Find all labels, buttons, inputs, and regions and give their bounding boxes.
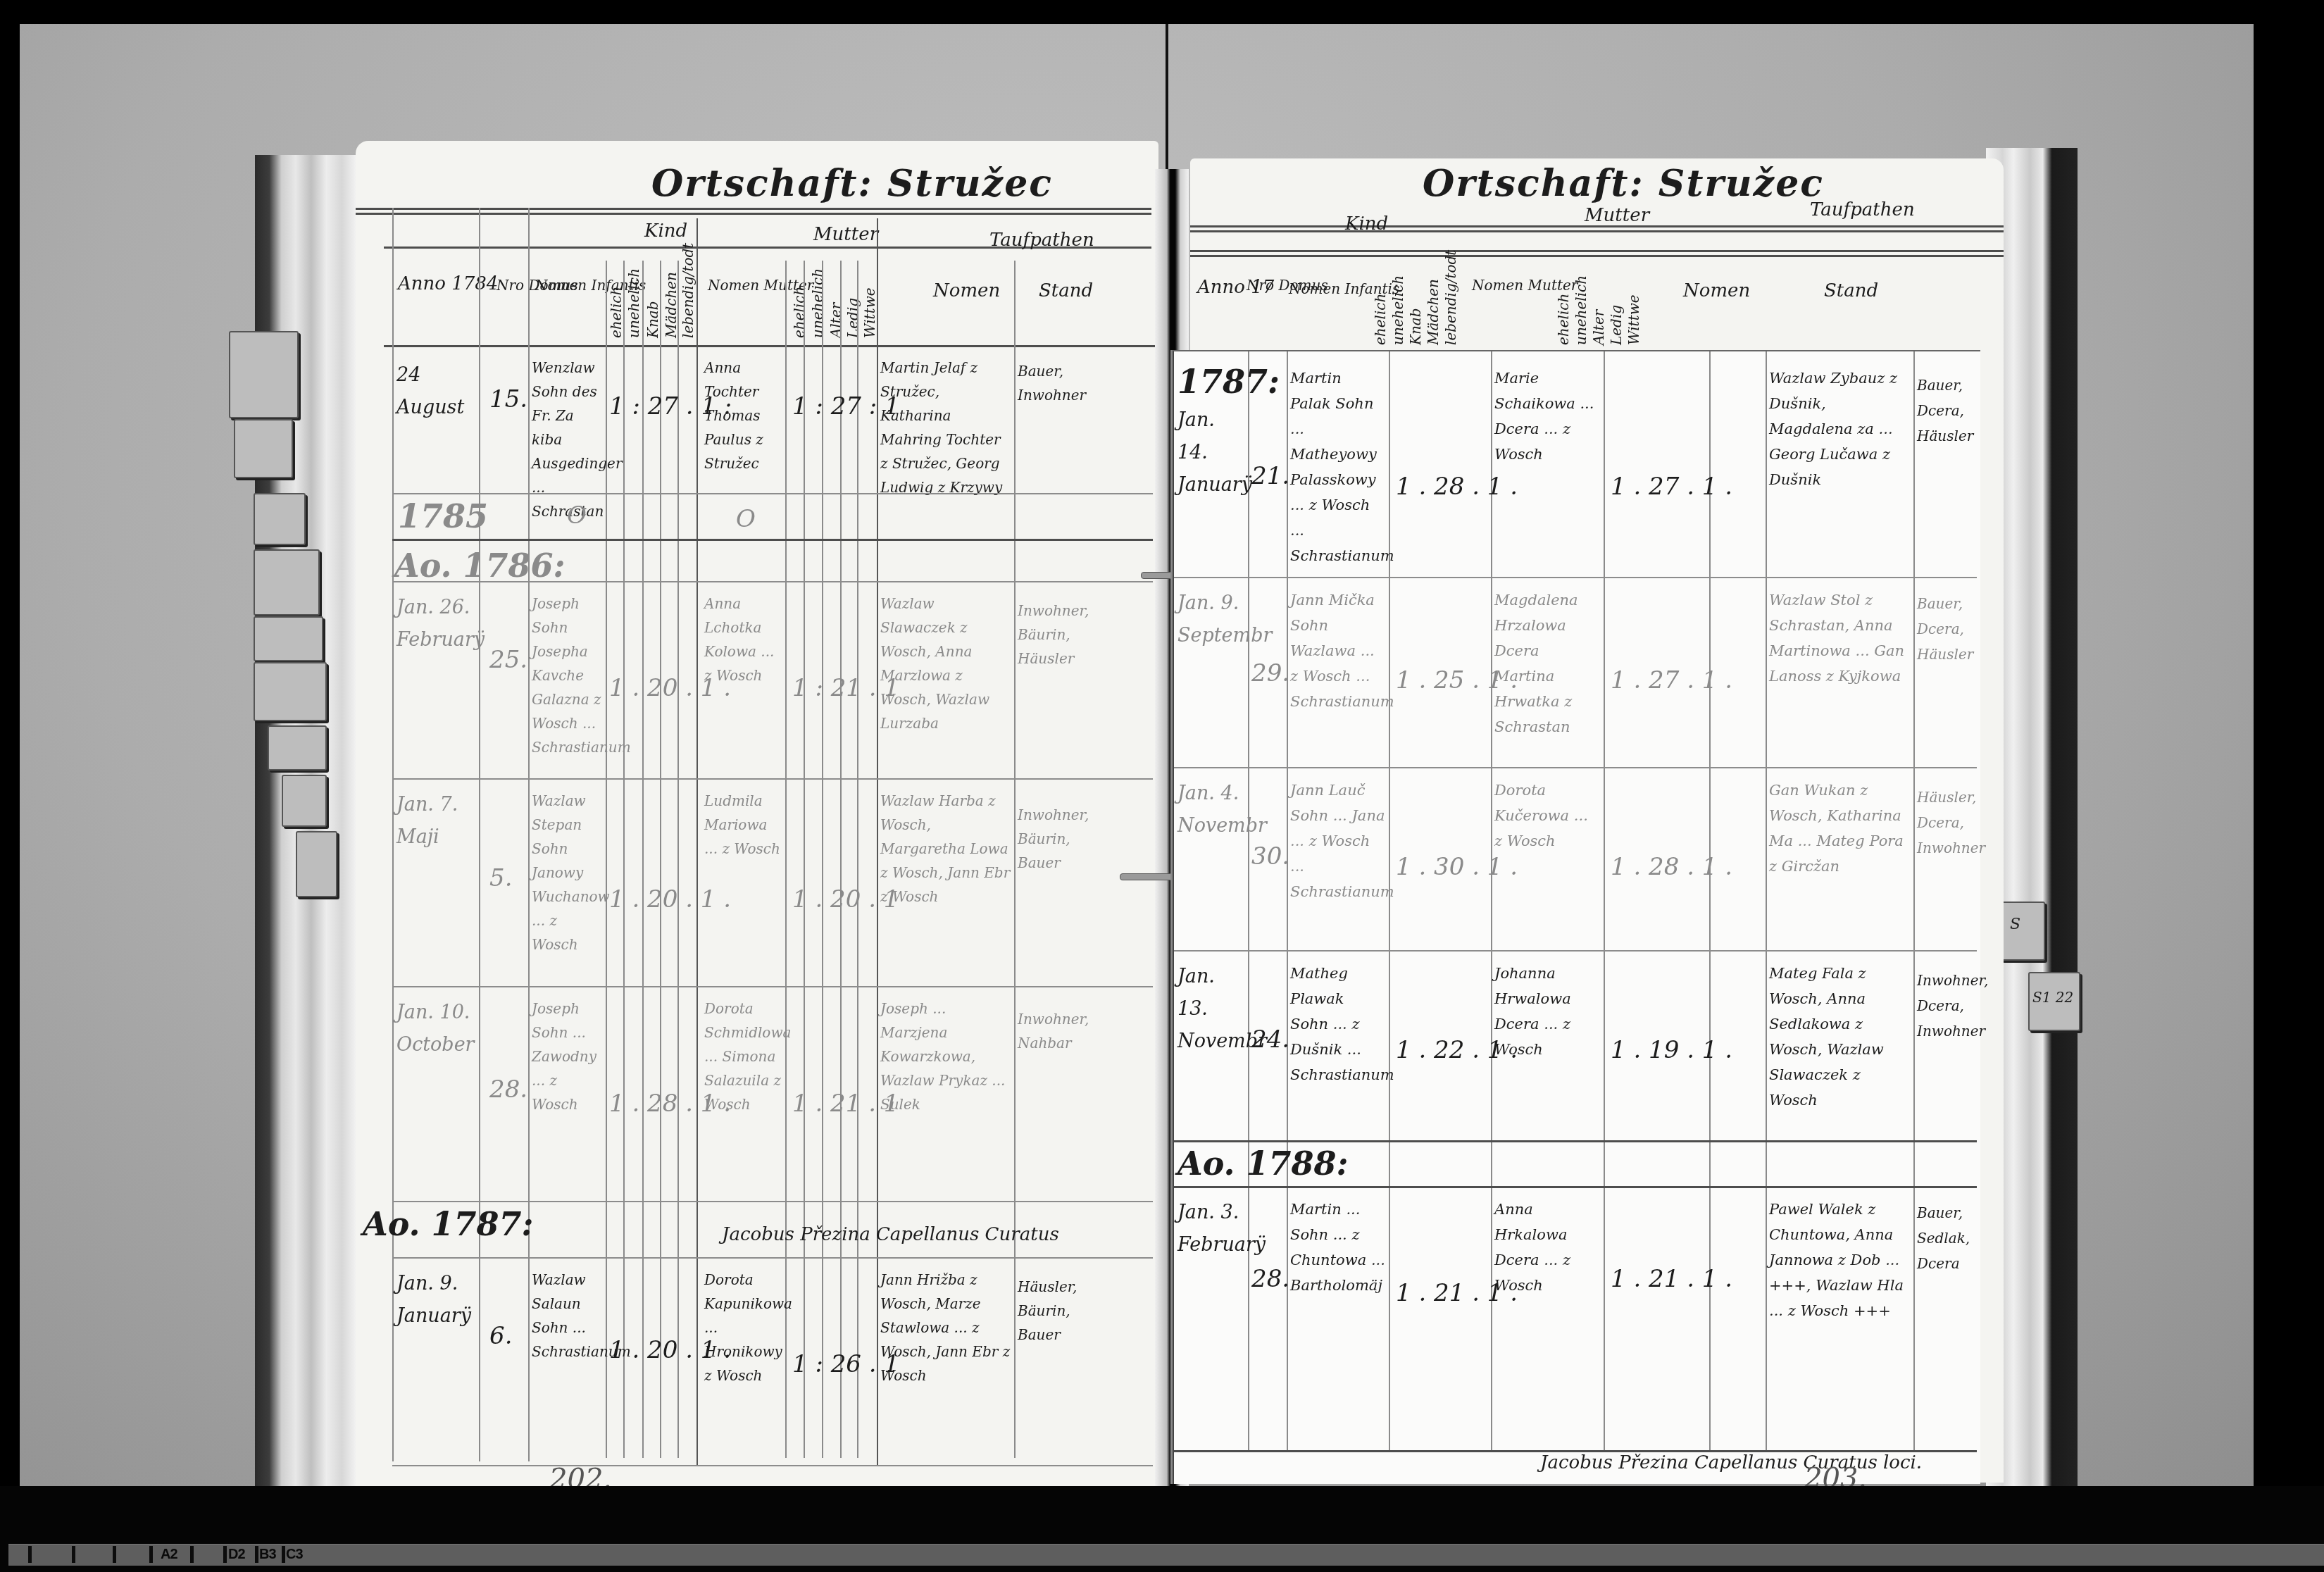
entry-mother: Dorota Schmidlowa ... Simona Salazuila z…	[704, 997, 782, 1116]
group-header-child: Kind	[1345, 215, 1388, 233]
rule	[356, 208, 1151, 210]
col-header-madchen: Mädchen	[1426, 261, 1440, 345]
entry-infant: Jann Lauč Sohn ... Jana ... z Wosch ... …	[1290, 778, 1385, 904]
col-header-knab: Knab	[646, 254, 660, 338]
entry-infant: Matheg Plawak Sohn ... z Dušnik ... Schr…	[1290, 961, 1385, 1087]
col-header-lebend: lebendig/todt	[681, 254, 695, 338]
ditto-mark: O	[736, 507, 756, 531]
entry-date: Jan. 9. Januarÿ	[396, 1268, 477, 1333]
entry-infant: Wenzlaw Sohn des Fr. Za kiba Ausgedinger…	[532, 356, 602, 523]
entry-status: Bauer, Dcera, Häusler	[1917, 591, 1977, 667]
col-header-unehelich: unehelich	[627, 254, 641, 338]
col-header-wittwe: Wittwe	[863, 254, 877, 338]
group-header-godparents: Taufpathen	[1810, 201, 1915, 219]
entry-counts: 1 . 28 . 1 .	[1396, 475, 1518, 499]
entry-mother-counts: 1 . 27 . 1 .	[1611, 668, 1732, 692]
rule	[356, 213, 1151, 215]
col-header-ehelich: ehelich	[1373, 261, 1387, 345]
entry-nro-domus: 29.	[1251, 661, 1289, 685]
year-heading: 1787:	[1177, 366, 1280, 398]
col-header-m-ehelich: ehelich	[1556, 261, 1570, 345]
entry-mother: Johanna Hrwalowa Dcera ... z Wosch	[1494, 961, 1600, 1062]
paper-tab: S1 22	[2028, 972, 2080, 1031]
entry-status: Inwohner, Bäurin, Häusler	[1018, 599, 1070, 670]
entry-counts: 1 . 20 . 1 .	[609, 887, 731, 911]
entry-nro-domus: 24.	[1251, 1028, 1289, 1052]
entry-mother: Ludmila Mariowa ... z Wosch	[704, 789, 782, 861]
entry-nro-domus: 21.	[1251, 464, 1289, 488]
entry-nro-domus: 25.	[489, 648, 527, 672]
entry-date: Jan. 10. October	[396, 997, 477, 1061]
entry-godparents: Joseph ... Marzjena Kowarzkowa, Wazlaw P…	[880, 997, 1011, 1116]
paper-tab	[268, 725, 327, 771]
col-header-knab: Knab	[1408, 261, 1423, 345]
film-label: A2	[161, 1547, 177, 1563]
page-title: Ortschaft: Stružec	[1423, 166, 1824, 202]
col-header-wittwe: Wittwe	[1627, 261, 1641, 345]
col-header-lebend: lebendig/todt	[1444, 261, 1458, 345]
entry-counts: 1 . 30 . 1 .	[1396, 855, 1518, 879]
entry-nro-domus: 6.	[489, 1324, 512, 1348]
entry-godparents: Martin Jelaf z Stružec, Katharina Mahrin…	[880, 356, 1011, 499]
entry-status: Häusler, Bäurin, Bauer	[1018, 1275, 1070, 1347]
entry-date: Jan. 9. Septembr	[1177, 587, 1248, 652]
entry-godparents: Jann Hrižba z Wosch, Marze Stawlowa ... …	[880, 1268, 1011, 1387]
entry-nro-domus: 15.	[489, 387, 527, 411]
entry-mother: Dorota Kapunikowa ... Hronikowy z Wosch	[704, 1268, 782, 1387]
inserted-register-sheet: 1787: Jan. 14. Januarÿ 21. Martin Palak …	[1173, 350, 1980, 1484]
film-label: B3	[259, 1547, 276, 1563]
entry-infant: Martin Palak Sohn ... Matheyowy Palassko…	[1290, 366, 1385, 568]
col-header-nomen: Nomen	[1683, 282, 1750, 300]
entry-nro-domus: 28.	[1251, 1267, 1289, 1291]
col-header-ledig: Ledig	[1609, 261, 1623, 345]
paper-tab	[282, 775, 327, 827]
entry-infant: Wazlaw Salaun Sohn ... Schrastianum	[532, 1268, 602, 1364]
entry-mother: Anna Tochter Thomas Paulus z Stružec	[704, 356, 782, 475]
entry-nro-domus: 28.	[489, 1078, 527, 1102]
entry-mother-counts: 1 . 19 . 1 .	[1611, 1038, 1732, 1062]
year-heading: Ao. 1787:	[363, 1208, 534, 1240]
entry-godparents: Mateg Fala z Wosch, Anna Sedlakowa z Wos…	[1769, 961, 1910, 1113]
entry-godparents: Wazlaw Zybauz z Dušnik, Magdalena za ...…	[1769, 366, 1910, 492]
entry-nro-domus: 5.	[489, 866, 512, 890]
film-label: D2	[228, 1547, 245, 1563]
entry-mother: Marie Schaikowa ... Dcera ... z Wosch	[1494, 366, 1600, 467]
entry-date: Jan. 3. Februarÿ	[1177, 1197, 1248, 1261]
entry-status: Bauer, Sedlak, Dcera	[1917, 1200, 1977, 1276]
paper-tab	[254, 493, 306, 545]
entry-date: Jan. 4. Novembr	[1177, 778, 1248, 842]
entry-mother-counts: 1 . 27 . 1 .	[1611, 475, 1732, 499]
entry-status: Bauer, Inwohner	[1018, 359, 1070, 407]
entry-godparents: Wazlaw Stol z Schrastan, Anna Martinowa …	[1769, 587, 1910, 689]
ditto-mark: O	[567, 504, 587, 528]
entry-date: Jan. 14. Januarÿ	[1177, 404, 1248, 501]
group-header-mother: Mutter	[1585, 206, 1649, 225]
entry-infant: Joseph Sohn ... Zawodny ... z Wosch	[532, 997, 602, 1116]
group-header-mother: Mutter	[813, 225, 878, 244]
col-header-madchen: Mädchen	[664, 254, 678, 338]
entry-godparents: Pawel Walek z Chuntowa, Anna Jannowa z D…	[1769, 1197, 1910, 1323]
col-header-m-unehelich: unehelich	[1574, 261, 1588, 345]
entry-mother: Dorota Kučerowa ... z Wosch	[1494, 778, 1600, 854]
film-frame-divider	[1166, 24, 1168, 172]
interim-signature: Jacobus Přezina Capellanus Curatus	[722, 1225, 1059, 1244]
entry-date: Jan. 13. Novembr	[1177, 961, 1248, 1058]
col-header-ehelich: ehelich	[609, 254, 623, 338]
entry-mother: Anna Hrkalowa Dcera ... z Wosch	[1494, 1197, 1600, 1298]
entry-status: Inwohner, Bäurin, Bauer	[1018, 803, 1070, 875]
col-header-nomen: Nomen	[933, 282, 1000, 300]
entry-status: Inwohner, Nahbar	[1018, 1007, 1070, 1055]
entry-status: Bauer, Dcera, Häusler	[1917, 373, 1977, 449]
entry-mother: Anna Lchotka Kolowa ... z Wosch	[704, 592, 782, 687]
paper-tab	[254, 549, 320, 616]
entry-godparents: Gan Wukan z Wosch, Katharina Ma ... Mate…	[1769, 778, 1910, 879]
year-heading: 1785	[398, 500, 488, 532]
entry-infant: Joseph Sohn Josepha Kavche Galazna z Wos…	[532, 592, 602, 759]
entry-status: Inwohner, Dcera, Inwohner	[1917, 968, 1977, 1044]
entry-infant: Jann Mička Sohn Wazlawa ... z Wosch ... …	[1290, 587, 1385, 714]
page-number: 202.	[549, 1465, 612, 1486]
film-label: C3	[286, 1547, 303, 1563]
entry-status: Häusler, Dcera, Inwohner	[1917, 785, 1977, 861]
left-page: Ortschaft: Stružec Kind Mutter Taufpathe…	[356, 141, 1158, 1486]
year-heading: Ao. 1788:	[1177, 1147, 1349, 1180]
col-header-unehelich: unehelich	[1391, 261, 1405, 345]
paper-tab	[296, 831, 337, 897]
entry-mother: Magdalena Hrzalowa Dcera Martina Hrwatka…	[1494, 587, 1600, 740]
col-header-anno: Anno 1784	[398, 275, 498, 293]
paper-tab	[229, 331, 299, 418]
paper-tab	[254, 662, 327, 721]
paper-tab	[254, 616, 323, 661]
group-header-child: Kind	[644, 222, 687, 240]
entry-infant: Wazlaw Stepan Sohn Janowy Wuchanow ... z…	[532, 789, 602, 956]
col-header-alter: Alter	[1592, 261, 1606, 345]
tab-label: S	[2010, 917, 2020, 932]
microfilm-edge-strip: A2 D2 B3 C3	[8, 1544, 2324, 1566]
page-title: Ortschaft: Stružec	[651, 166, 1053, 202]
entry-nro-domus: 30.	[1251, 844, 1289, 868]
col-header-stand: Stand	[1039, 282, 1093, 300]
entry-date: 24 August	[396, 359, 477, 424]
year-heading: Ao. 1786:	[394, 549, 566, 582]
tab-label: S1 22	[2032, 990, 2073, 1004]
paper-tab	[234, 419, 293, 478]
entry-godparents: Wazlaw Slawaczek z Wosch, Anna Marzlowa …	[880, 592, 1011, 735]
entry-date: Jan. 26. Februarÿ	[396, 592, 477, 656]
entry-mother-counts: 1 . 21 . 1 .	[1611, 1267, 1732, 1291]
rule	[384, 345, 1158, 347]
entry-date: Jan. 7. Maji	[396, 789, 477, 854]
entry-godparents: Wazlaw Harba z Wosch, Margaretha Lowa z …	[880, 789, 1011, 909]
group-header-godparents: Taufpathen	[989, 231, 1094, 249]
col-header-stand: Stand	[1824, 282, 1878, 300]
entry-mother-counts: 1 . 28 . 1 .	[1611, 855, 1732, 879]
paper-tab: S	[2000, 902, 2045, 961]
entry-infant: Martin ... Sohn ... z Chuntowa ... Barth…	[1290, 1197, 1385, 1298]
